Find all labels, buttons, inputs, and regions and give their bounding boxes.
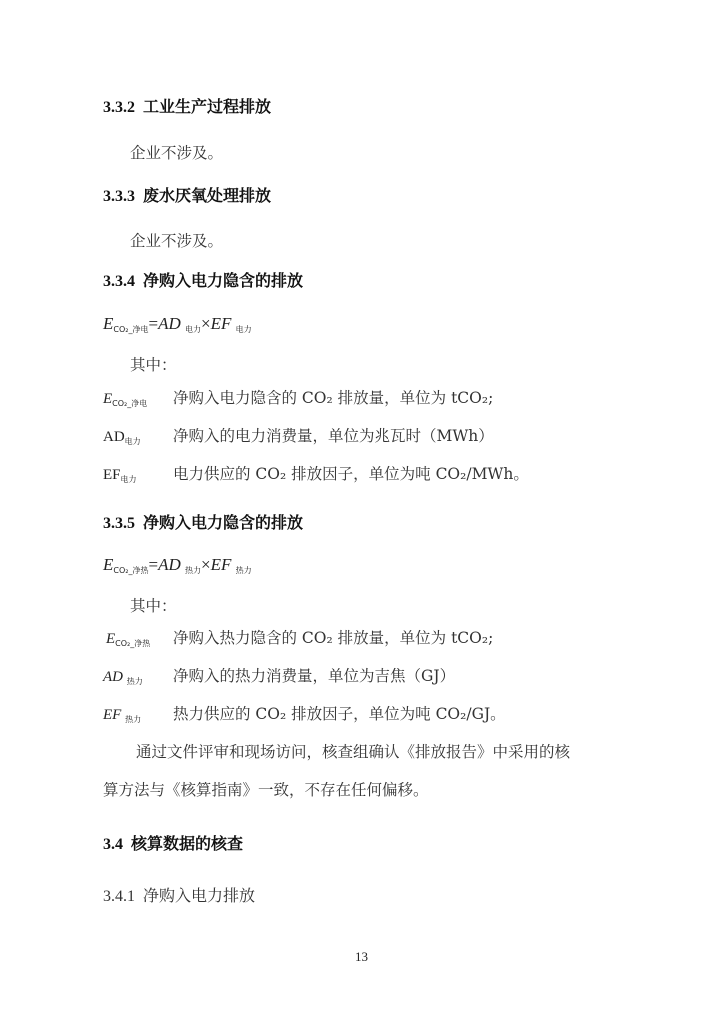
formula-eq: = [148, 555, 158, 574]
conclusion-paragraph-line-2: 算方法与《核算指南》一致，不存在任何偏移。 [103, 778, 429, 800]
definition-row: EF 热力热力供应的 CO₂ 排放因子，单位为吨 CO₂/GJ。 [103, 702, 506, 725]
paragraph-not-applicable: 企业不涉及。 [130, 141, 223, 163]
section-title: 净购入电力排放 [143, 886, 255, 905]
definition-row: ECO₂_净热净购入热力隐含的 CO₂ 排放量，单位为 tCO₂; [106, 626, 493, 649]
formula-ad: AD [158, 555, 181, 574]
definition-row: AD电力净购入的电力消费量，单位为兆瓦时（MWh） [103, 424, 494, 447]
page-number: 13 [355, 949, 368, 965]
formula-ef: EF [211, 555, 232, 574]
definition-row: AD 热力净购入的热力消费量，单位为吉焦（GJ） [103, 664, 455, 687]
heading-3-4: 3.4核算数据的核查 [103, 831, 243, 854]
section-number: 3.3.3 [103, 188, 135, 205]
definition-row: ECO₂_净电净购入电力隐含的 CO₂ 排放量，单位为 tCO₂; [103, 386, 493, 409]
where-label: 其中： [130, 353, 177, 375]
section-number: 3.4 [103, 836, 123, 853]
definition-symbol: AD电力 [103, 429, 173, 447]
formula-ad: AD [158, 314, 181, 333]
heading-3-3-4: 3.3.4净购入电力隐含的排放 [103, 268, 303, 291]
section-number: 3.3.2 [103, 99, 135, 116]
formula-times: × [201, 314, 211, 333]
formula-ef: EF [211, 314, 232, 333]
section-title: 废水厌氧处理排放 [143, 186, 271, 205]
formula-lhs: E [103, 314, 113, 333]
section-number: 3.4.1 [103, 888, 135, 905]
formula-lhs: E [103, 555, 113, 574]
formula-electricity: ECO₂_净电=AD 电力×EF 电力 [103, 314, 252, 335]
paragraph-not-applicable: 企业不涉及。 [130, 229, 223, 251]
definition-symbol: ECO₂_净热 [106, 631, 173, 649]
formula-times: × [201, 555, 211, 574]
section-title: 净购入电力隐含的排放 [143, 513, 303, 532]
definition-text: 电力供应的 CO₂ 排放因子，单位为吨 CO₂/MWh。 [173, 465, 529, 483]
definition-text: 净购入热力隐含的 CO₂ 排放量，单位为 tCO₂; [173, 629, 493, 647]
definition-text: 净购入的热力消费量，单位为吉焦（GJ） [173, 667, 455, 685]
formula-ad-sub: 电力 [185, 325, 201, 334]
document-page: 3.3.2工业生产过程排放 企业不涉及。 3.3.3废水厌氧处理排放 企业不涉及… [0, 0, 723, 1024]
definition-text: 热力供应的 CO₂ 排放因子，单位为吨 CO₂/GJ。 [173, 705, 506, 723]
formula-lhs-sub: CO₂_净电 [113, 325, 148, 334]
formula-lhs-sub: CO₂_净热 [113, 566, 148, 575]
section-title: 工业生产过程排放 [143, 97, 271, 116]
formula-heat: ECO₂_净热=AD 热力×EF 热力 [103, 555, 252, 576]
formula-ad-sub: 热力 [185, 566, 201, 575]
section-number: 3.3.5 [103, 515, 135, 532]
heading-3-3-3: 3.3.3废水厌氧处理排放 [103, 183, 271, 206]
definition-row: EF电力电力供应的 CO₂ 排放因子，单位为吨 CO₂/MWh。 [103, 462, 529, 485]
definition-symbol: AD 热力 [103, 669, 173, 687]
formula-ef-sub: 电力 [236, 325, 252, 334]
definition-text: 净购入电力隐含的 CO₂ 排放量，单位为 tCO₂; [173, 389, 493, 407]
section-title: 核算数据的核查 [131, 834, 243, 853]
heading-3-4-1: 3.4.1净购入电力排放 [103, 883, 255, 906]
definition-symbol: EF电力 [103, 467, 173, 485]
section-title: 净购入电力隐含的排放 [143, 271, 303, 290]
definition-symbol: ECO₂_净电 [103, 391, 173, 409]
definition-text: 净购入的电力消费量，单位为兆瓦时（MWh） [173, 427, 494, 445]
heading-3-3-2: 3.3.2工业生产过程排放 [103, 94, 271, 117]
formula-ef-sub: 热力 [236, 566, 252, 575]
section-number: 3.3.4 [103, 273, 135, 290]
conclusion-paragraph-line-1: 通过文件评审和现场访问，核查组确认《排放报告》中采用的核 [136, 740, 570, 762]
where-label: 其中： [130, 594, 177, 616]
definition-symbol: EF 热力 [103, 707, 173, 725]
heading-3-3-5: 3.3.5净购入电力隐含的排放 [103, 510, 303, 533]
formula-eq: = [148, 314, 158, 333]
